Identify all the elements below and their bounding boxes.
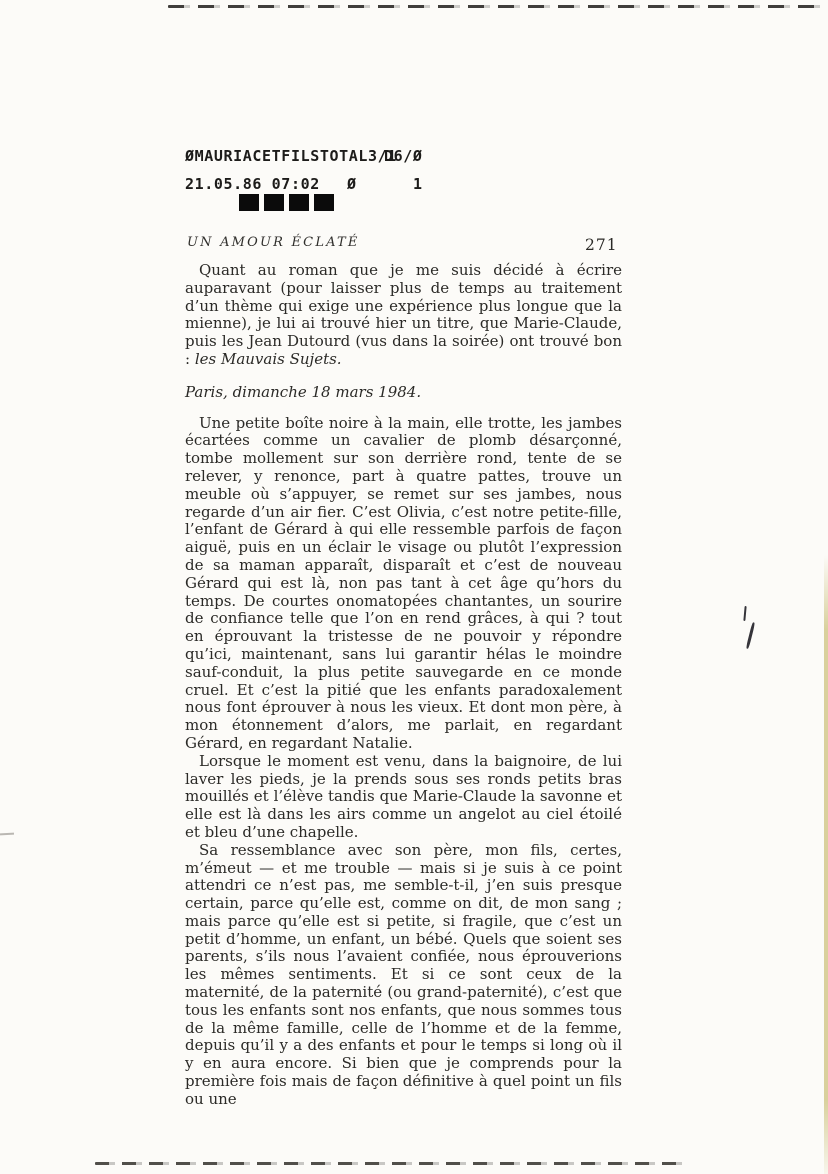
- fax-calibration-block: [264, 194, 284, 211]
- handwritten-pen-mark: [743, 606, 746, 621]
- paragraph-baignoire: Lorsque le moment est venu, dans la baig…: [185, 753, 622, 842]
- page-number: 271: [585, 236, 618, 254]
- body-text-column: Quant au roman que je me suis décidé à é…: [185, 262, 622, 1109]
- book-title-italic: les Mauvais Sujets.: [195, 350, 342, 368]
- fax-datetime: 21.05.86 07:02: [185, 175, 320, 193]
- fax-page-code: D6/Ø: [384, 147, 423, 165]
- scanned-book-page: ØMAURIACETFILSTOTAL3/1 D6/Ø 21.05.86 07:…: [0, 0, 828, 1174]
- scan-artifact-left-margin-dash: [0, 833, 14, 836]
- paragraph-olivia: Une petite boîte noire à la main, elle t…: [185, 415, 622, 753]
- paragraph-roman-title: Quant au roman que je me suis décidé à é…: [185, 262, 622, 369]
- fax-calibration-block: [314, 194, 334, 211]
- fax-counter-one: 1: [413, 175, 422, 193]
- fax-calibration-block: [239, 194, 259, 211]
- running-head-book-title: UN AMOUR ÉCLATÉ: [187, 235, 360, 250]
- scan-artifact-bottom-dashed-line: [95, 1162, 687, 1165]
- scan-artifact-top-dashed-line: [168, 5, 828, 8]
- fax-counter-zero: Ø: [347, 175, 356, 193]
- handwritten-pen-mark: [746, 622, 755, 649]
- fax-calibration-blocks: [239, 194, 334, 211]
- diary-dateline: Paris, dimanche 18 mars 1984.: [185, 384, 622, 402]
- fax-station-id: ØMAURIACETFILSTOTAL3/1: [185, 147, 397, 165]
- fax-calibration-block: [289, 194, 309, 211]
- paragraph-ressemblance: Sa ressemblance avec son père, mon fils,…: [185, 842, 622, 1109]
- scan-artifact-right-edge: [824, 555, 828, 1174]
